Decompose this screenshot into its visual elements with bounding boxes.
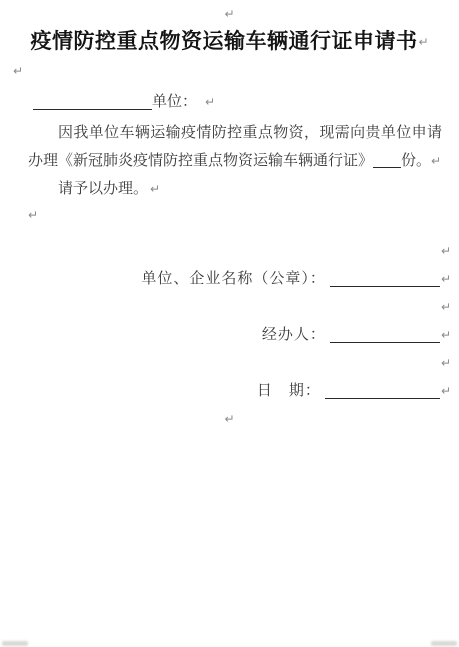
date-label: 日 期： xyxy=(257,383,321,399)
paragraph-mark-icon: ↵ xyxy=(224,412,234,426)
agent-line: 经办人：↵ xyxy=(0,321,459,349)
scan-artifact-bottom-right xyxy=(431,641,457,646)
count-blank-field[interactable] xyxy=(373,153,401,168)
empty-paragraph: ↵ xyxy=(0,349,459,377)
paragraph-mark-icon: ↵ xyxy=(28,208,38,222)
closing-paragraph: 请予以办理。↵ xyxy=(28,175,442,203)
paragraph-mark-icon: ↵ xyxy=(150,182,160,196)
paragraph-mark-icon: ↵ xyxy=(441,300,451,314)
body-paragraph: 因我单位车辆运输疫情防控重点物资，现需向贵单位申请办理《新冠肺炎疫情防控重点物资… xyxy=(28,119,442,175)
unit-blank-field[interactable] xyxy=(33,95,152,110)
company-name-blank-field[interactable] xyxy=(330,272,440,287)
empty-paragraph: ↵ xyxy=(0,61,459,81)
paragraph-mark-icon: ↵ xyxy=(441,384,451,398)
unit-line: 单位：↵ xyxy=(33,91,459,113)
company-name-line: 单位、企业名称（公章）：↵ xyxy=(0,265,459,293)
empty-paragraph: ↵ xyxy=(0,293,459,321)
paragraph-mark-icon: ↵ xyxy=(13,64,23,78)
closing-text: 请予以办理。 xyxy=(58,181,148,197)
document-title-line: 疫情防控重点物资运输车辆通行证申请书↵ xyxy=(0,26,459,57)
date-line: 日 期：↵ xyxy=(0,377,459,405)
paragraph-mark-icon: ↵ xyxy=(224,7,234,21)
empty-paragraph-top: ↵ xyxy=(0,0,459,26)
empty-paragraph: ↵ xyxy=(0,203,459,227)
paragraph-mark-icon: ↵ xyxy=(441,272,451,286)
paragraph-mark-icon: ↵ xyxy=(205,95,215,109)
paragraph-mark-icon: ↵ xyxy=(441,328,451,342)
paragraph-mark-icon: ↵ xyxy=(441,356,451,370)
unit-label: 单位： xyxy=(152,94,197,110)
agent-blank-field[interactable] xyxy=(330,328,440,343)
agent-label: 经办人： xyxy=(262,327,326,343)
empty-paragraph: ↵ xyxy=(0,237,459,265)
page-title: 疫情防控重点物资运输车辆通行证申请书 xyxy=(30,29,417,53)
paragraph-mark-icon: ↵ xyxy=(441,244,451,258)
signature-section: ↵ 单位、企业名称（公章）：↵ ↵ 经办人：↵ ↵ 日 期：↵ ↵ xyxy=(0,237,459,433)
paragraph-mark-icon: ↵ xyxy=(418,35,428,49)
document-page: ↵ 疫情防控重点物资运输车辆通行证申请书↵ ↵ 单位：↵ 因我单位车辆运输疫情防… xyxy=(0,0,459,647)
body-text-suffix: 份。 xyxy=(401,153,431,169)
scan-artifact-bottom-left xyxy=(2,641,28,646)
paragraph-mark-icon: ↵ xyxy=(431,154,441,168)
date-blank-field[interactable] xyxy=(325,384,440,399)
empty-paragraph-centered: ↵ xyxy=(0,405,459,433)
company-name-label: 单位、企业名称（公章）： xyxy=(141,271,326,287)
